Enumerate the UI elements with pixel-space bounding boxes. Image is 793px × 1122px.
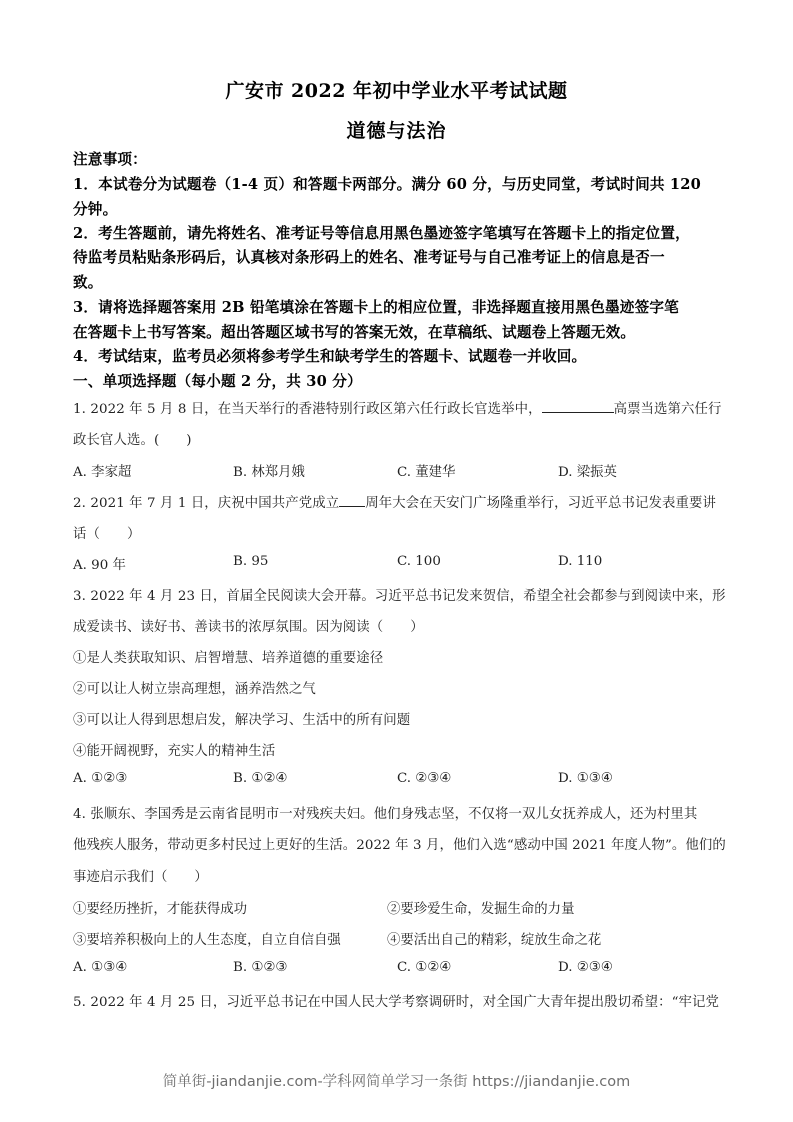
question-4-statement-2: ②要珍爱生命，发掘生命的力量: [387, 898, 574, 917]
question-4-text: 4. 张顺东、李国秀是云南省昆明市一对残疾夫妇。他们身残志坚，不仅将一双儿女抚养…: [73, 803, 723, 822]
question-4-text-cont: 事迹启示我们（ ）: [73, 866, 723, 885]
exam-subject: 道德与法治: [0, 116, 793, 143]
notice-line: 3．请将选择题答案用 2B 铅笔填涂在答题卡上的相应位置，非选择题直接用黑色墨迹…: [73, 296, 723, 317]
question-3-option-d: D. ①③④: [558, 771, 613, 786]
question-2-option-b: B. 95: [233, 554, 268, 569]
answer-blank: [542, 400, 614, 413]
question-3-statement-2: ②可以让人树立崇高理想，涵养浩然之气: [73, 678, 723, 697]
notice-line: 4．考试结束，监考员必须将参考学生和缺考学生的答题卡、试题卷一并收回。: [73, 345, 723, 366]
question-3-statement-4: ④能开阔视野，充实人的精神生活: [73, 740, 723, 759]
notice-heading: 注意事项：: [73, 148, 723, 169]
question-2-option-a: A. 90 年: [73, 554, 126, 573]
notice-line: 1．本试卷分为试题卷（1-4 页）和答题卡两部分。满分 60 分，与历史同堂，考…: [73, 173, 723, 194]
question-5-text: 5. 2022 年 4 月 25 日，习近平总书记在中国人民大学考察调研时，对全…: [73, 991, 723, 1010]
question-3-option-b: B. ①②④: [233, 771, 287, 786]
question-1-option-c: C. 董建华: [397, 461, 455, 480]
section-heading: 一、单项选择题（每小题 2 分，共 30 分）: [73, 370, 723, 391]
exam-page: 广安市 2022 年初中学业水平考试试题 道德与法治 注意事项： 1．本试卷分为…: [0, 0, 793, 1122]
question-1-text-cont: 政长官人选。( ): [73, 429, 723, 448]
question-4-text-cont: 他残疾人服务，带动更多村民过上更好的生活。2022 年 3 月，他们入选“感动中…: [73, 834, 723, 853]
question-1-text: 1. 2022 年 5 月 8 日，在当天举行的香港特别行政区第六任行政长官选举…: [73, 398, 723, 417]
question-4-statement-3: ③要培养积极向上的人生态度，自立自信自强: [73, 929, 341, 948]
question-4-option-b: B. ①②③: [233, 960, 287, 975]
question-4-option-a: A. ①③④: [73, 960, 127, 975]
exam-title: 广安市 2022 年初中学业水平考试试题: [0, 76, 793, 103]
question-2-text: 2. 2021 年 7 月 1 日，庆祝中国共产党成立周年大会在天安门广场隆重举…: [73, 492, 723, 511]
watermark-footer: 简单街-jiandanjie.com-学科网简单学习一条街 https://ji…: [0, 1070, 793, 1091]
question-3-text: 3. 2022 年 4 月 23 日，首届全民阅读大会开幕。习近平总书记发来贺信…: [73, 585, 723, 604]
question-3-text-cont: 成爱读书、读好书、善读书的浓厚氛围。因为阅读（ ）: [73, 616, 723, 635]
notice-line: 致。: [73, 271, 723, 292]
question-2-option-c: C. 100: [397, 554, 441, 569]
question-4-option-d: D. ②③④: [558, 960, 613, 975]
notice-line: 2．考生答题前，请先将姓名、准考证号等信息用黑色墨迹签字笔填写在答题卡上的指定位…: [73, 222, 723, 243]
question-3-option-c: C. ②③④: [397, 771, 451, 786]
answer-blank: [339, 494, 365, 507]
question-2-option-d: D. 110: [558, 554, 602, 569]
notice-line: 待监考员粘贴条形码后，认真核对条形码上的姓名、准考证号与自己准考证上的信息是否一: [73, 246, 723, 267]
question-3-statement-3: ③可以让人得到思想启发，解决学习、生活中的所有问题: [73, 709, 723, 728]
question-1-option-b: B. 林郑月娥: [233, 461, 305, 480]
question-3-statement-1: ①是人类获取知识、启智增慧、培养道德的重要途径: [73, 647, 723, 666]
notice-line: 分钟。: [73, 198, 723, 219]
question-1-option-d: D. 梁振英: [558, 461, 617, 480]
question-4-statement-4: ④要活出自己的精彩，绽放生命之花: [387, 929, 601, 948]
question-1-option-a: A. 李家超: [73, 461, 131, 480]
question-3-option-a: A. ①②③: [73, 771, 127, 786]
question-4-option-c: C. ①②④: [397, 960, 451, 975]
question-2-text-cont: 话（ ）: [73, 523, 723, 542]
notice-line: 在答题卡上书写答案。超出答题区域书写的答案无效，在草稿纸、试题卷上答题无效。: [73, 321, 723, 342]
question-4-statement-1: ①要经历挫折，才能获得成功: [73, 898, 247, 917]
